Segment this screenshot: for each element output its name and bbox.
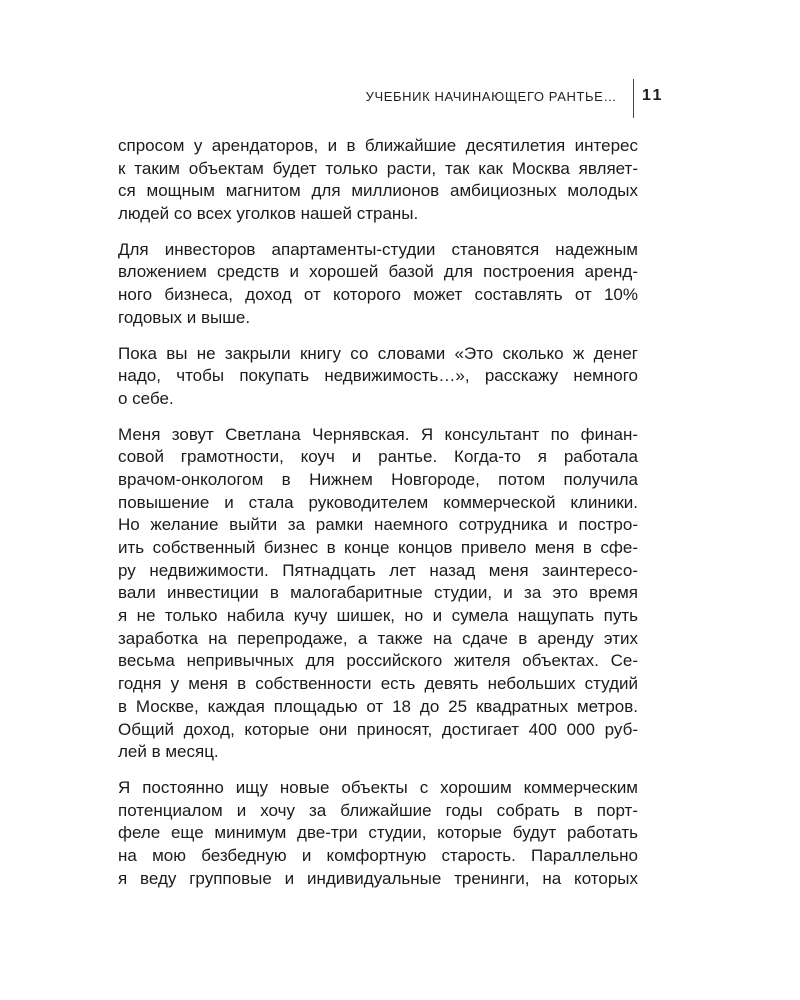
text-line: весьма непривычных для российского жител… [118, 650, 638, 673]
paragraph: Пока вы не закрыли книгу со словами «Это… [118, 343, 638, 411]
text-line: годня у меня в собственности есть девять… [118, 673, 638, 696]
text-line: Общий доход, которые они приносят, дости… [118, 719, 638, 742]
text-line: Меня зовут Светлана Чернявская. Я консул… [118, 424, 638, 447]
header-divider [633, 79, 634, 118]
page-number: 11 [642, 87, 664, 105]
text-line: к таким объектам будет только расти, так… [118, 158, 638, 181]
paragraph: Меня зовут Светлана Чернявская. Я консул… [118, 424, 638, 764]
text-line: Я постоянно ищу новые объекты с хорошим … [118, 777, 638, 800]
text-line: ся мощным магнитом для миллионов амбицио… [118, 180, 638, 203]
text-line: вали инвестиции в малогабаритные студии,… [118, 582, 638, 605]
text-line: ру недвижимости. Пятнадцать лет назад ме… [118, 560, 638, 583]
text-line: Пока вы не закрыли книгу со словами «Это… [118, 343, 638, 366]
text-line: ить собственный бизнес в конце концов пр… [118, 537, 638, 560]
text-line: Для инвесторов апартаменты-студии станов… [118, 239, 638, 262]
page-body: спросом у арендаторов, и в ближайшие дес… [118, 135, 638, 903]
text-line: в Москве, каждая площадью от 18 до 25 кв… [118, 696, 638, 719]
text-line: о себе. [118, 388, 638, 411]
text-line: потенциалом и хочу за ближайшие годы соб… [118, 800, 638, 823]
running-title: УЧЕБНИК НАЧИНАЮЩЕГО РАНТЬЕ… [366, 89, 617, 104]
text-line: заработка на перепродаже, а также на сда… [118, 628, 638, 651]
paragraph: Я постоянно ищу новые объекты с хорошим … [118, 777, 638, 890]
text-line: на мою безбедную и комфортную старость. … [118, 845, 638, 868]
text-line: ного бизнеса, доход от которого может со… [118, 284, 638, 307]
text-line: годовых и выше. [118, 307, 638, 330]
text-line: людей со всех уголков нашей страны. [118, 203, 638, 226]
text-line: повышение и стала руководителем коммерче… [118, 492, 638, 515]
paragraph: спросом у арендаторов, и в ближайшие дес… [118, 135, 638, 226]
text-line: я веду групповые и индивидуальные тренин… [118, 868, 638, 891]
text-line: Но желание выйти за рамки наемного сотру… [118, 514, 638, 537]
text-line: вложением средств и хорошей базой для по… [118, 261, 638, 284]
text-line: я не только набила кучу шишек, но и суме… [118, 605, 638, 628]
text-line: совой грамотности, коуч и рантье. Когда-… [118, 446, 638, 469]
text-line: надо, чтобы покупать недвижимость…», рас… [118, 365, 638, 388]
text-line: врачом-онкологом в Нижнем Новгороде, пот… [118, 469, 638, 492]
paragraph: Для инвесторов апартаменты-студии станов… [118, 239, 638, 330]
text-line: феле еще минимум две-три студии, которые… [118, 822, 638, 845]
book-page: УЧЕБНИК НАЧИНАЮЩЕГО РАНТЬЕ… 11 спросом у… [0, 0, 800, 1000]
text-line: лей в месяц. [118, 741, 638, 764]
text-line: спросом у арендаторов, и в ближайшие дес… [118, 135, 638, 158]
